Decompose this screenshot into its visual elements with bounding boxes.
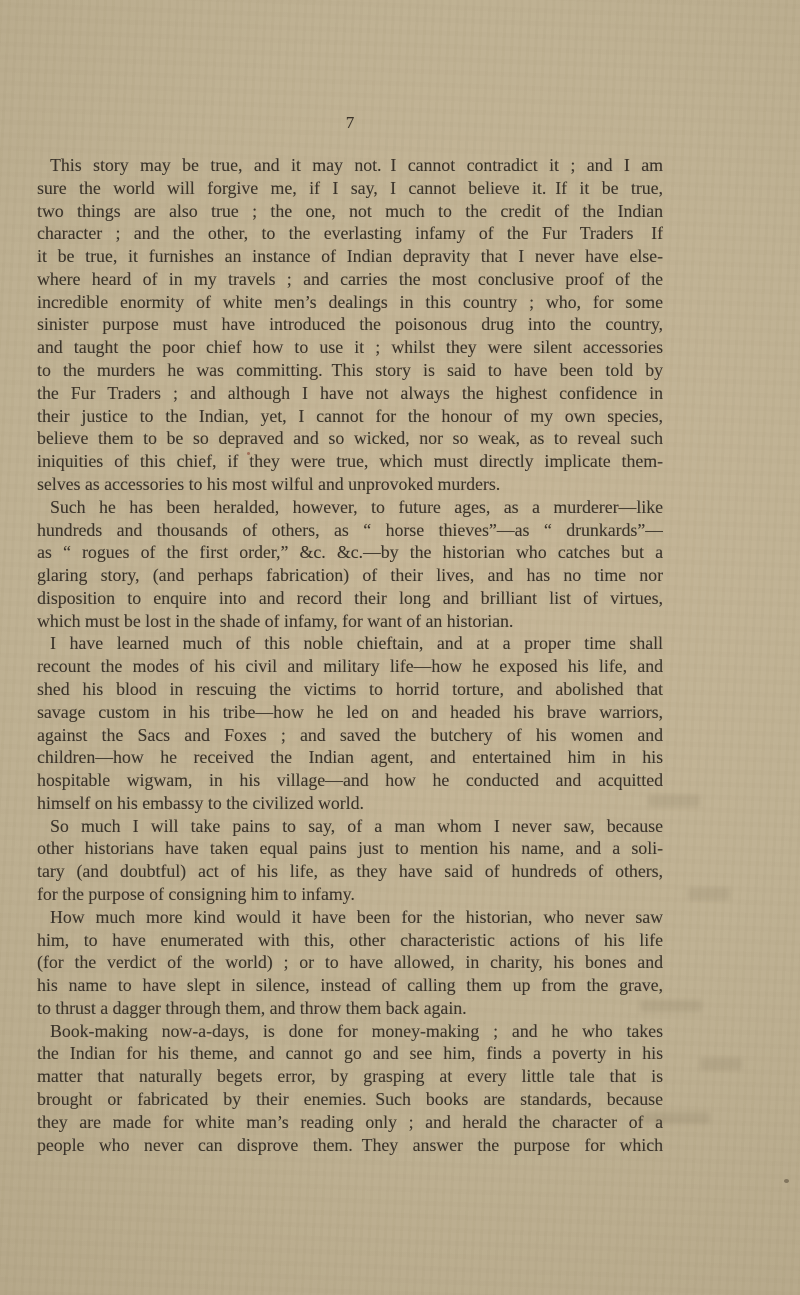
text-line: matter that naturally begets error, by g… xyxy=(37,1065,663,1088)
text-line: the Indian for his theme, and cannot go … xyxy=(37,1042,663,1065)
text-line: recount the modes of his civil and milit… xyxy=(37,655,663,678)
text-line: brought or fabricated by their enemies. … xyxy=(37,1088,663,1111)
text-line: selves as accessories to his most wilful… xyxy=(37,473,663,496)
text-line: against the Sacs and Foxes ; and saved t… xyxy=(37,724,663,747)
text-line: (for the verdict of the world) ; or to h… xyxy=(37,951,663,974)
text-line: hundreds and thousands of others, as “ h… xyxy=(37,519,663,542)
text-line: I have learned much of this noble chieft… xyxy=(37,632,663,655)
text-line: Such he has been heralded, however, to f… xyxy=(37,496,663,519)
text-line: sure the world will forgive me, if I say… xyxy=(37,177,663,200)
text-line: hospitable wigwam, in his village—and ho… xyxy=(37,769,663,792)
text-line: Book-making now-a-days, is done for mone… xyxy=(37,1020,663,1043)
text-line: other historians have taken equal pains … xyxy=(37,837,663,860)
text-line: character ; and the other, to the everla… xyxy=(37,222,663,245)
text-line: savage custom in his tribe—how he led on… xyxy=(37,701,663,724)
text-line: which must be lost in the shade of infam… xyxy=(37,610,663,633)
text-line: and taught the poor chief how to use it … xyxy=(37,336,663,359)
text-line: disposition to enquire into and record t… xyxy=(37,587,663,610)
text-line: to the murders he was committing. This s… xyxy=(37,359,663,382)
text-line: believe them to be so depraved and so wi… xyxy=(37,427,663,450)
page-number: 7 xyxy=(37,113,663,133)
text-line: shed his blood in rescuing the victims t… xyxy=(37,678,663,701)
text-line: So much I will take pains to say, of a m… xyxy=(37,815,663,838)
text-line: him, to have enumerated with this, other… xyxy=(37,929,663,952)
text-line: tary (and doubtful) act of his life, as … xyxy=(37,860,663,883)
text-line: the Fur Traders ; and although I have no… xyxy=(37,382,663,405)
text-line: iniquities of this chief, if they were t… xyxy=(37,450,663,473)
text-line: their justice to the Indian, yet, I cann… xyxy=(37,405,663,428)
text-line: for the purpose of consigning him to inf… xyxy=(37,883,663,906)
text-line: children—how he received the Indian agen… xyxy=(37,746,663,769)
text-line: glaring story, (and perhaps fabrication)… xyxy=(37,564,663,587)
text-line: two things are also true ; the one, not … xyxy=(37,200,663,223)
text-line: This story may be true, and it may not. … xyxy=(37,154,663,177)
text-line: it be true, it furnishes an instance of … xyxy=(37,245,663,268)
text-line: How much more kind would it have been fo… xyxy=(37,906,663,929)
text-line: incredible enormity of white men’s deali… xyxy=(37,291,663,314)
text-line: sinister purpose must have introduced th… xyxy=(37,313,663,336)
page-text: This story may be true, and it may not. … xyxy=(37,154,663,1156)
text-line: as “ rogues of the first order,” &c. &c.… xyxy=(37,541,663,564)
text-line: they are made for white man’s reading on… xyxy=(37,1111,663,1134)
text-line: himself on his embassy to the civilized … xyxy=(37,792,663,815)
text-line: where heard of in my travels ; and carri… xyxy=(37,268,663,291)
text-line: people who never can disprove them. They… xyxy=(37,1134,663,1157)
text-line: his name to have slept in silence, inste… xyxy=(37,974,663,997)
text-line: to thrust a dagger through them, and thr… xyxy=(37,997,663,1020)
